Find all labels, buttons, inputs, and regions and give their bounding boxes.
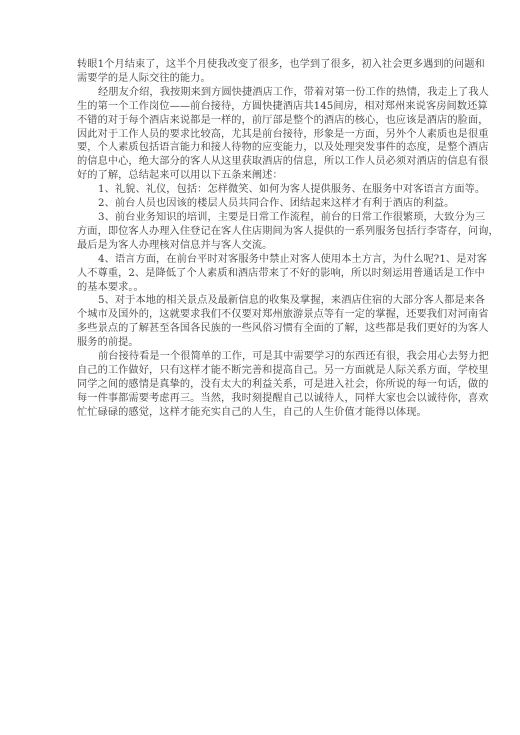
text-line: 转眼1个月结束了，这半个月使我改变了很多，也学到了很多，初入社会更多遇到的问题和 (77, 58, 445, 72)
text-line: 多些景点的了解甚至各国各民族的一些风俗习惯有全面的了解，这些都是我们更好的为客人 (77, 322, 445, 336)
text-line: 个城市及国外的，这就要求我们不仅要对郑州旅游景点等有一定的掌握，还要我们对河南省 (77, 308, 445, 322)
paragraph-start-line: 经朋友介绍，我按期来到方圆快捷酒店工作，带着对第一份工作的热情，我走上了我人 (77, 86, 445, 100)
document-body: 转眼1个月结束了，这半个月使我改变了很多，也学到了很多，初入社会更多遇到的问题和… (77, 58, 445, 420)
text-line: 最后是为客人办理核对信息并与客人交流。 (77, 239, 445, 253)
text-line: 因此对于工作人员的要求比较高，尤其是前台接待，形象是一方面，另外个人素质也是很重 (77, 128, 445, 142)
text-line: 的基本要求。。 (77, 281, 445, 295)
list-item-1: 1、礼貌、礼仪，包括：怎样微笑、如何为客人提供服务、在服务中对客语言方面等。 (77, 183, 445, 197)
text-line: 忙忙碌碌的感觉，这样才能充实自己的人生，自己的人生价值才能得以体现。 (77, 406, 445, 420)
list-item-5: 5、对于本地的相关景点及最新信息的收集及掌握，来酒店住宿的大部分客人都是来各 (77, 294, 445, 308)
text-line: 不错的对于每个酒店来说都是一样的，前厅部是整个的酒店的核心，也应该是酒店的脸面， (77, 114, 445, 128)
list-item-2: 2、前台人员也因该的楼层人员共同合作、团结起来这样才有利于酒店的利益。 (77, 197, 445, 211)
text-line: 方面，即位客人办理入住登记在客人住店期间为客人提供的一系列服务包括行李寄存，问询… (77, 225, 445, 239)
text-line: 每一件事都需要考虑再三。当然，我时刻提醒自己以诚待人，同样大家也会以诚待你，喜欢 (77, 392, 445, 406)
text-line: 同学之间的感情是真挚的，没有太大的利益关系，可是进入社会，你所说的每一句话，做的 (77, 378, 445, 392)
text-line: 的信息中心，绝大部分的客人从这里获取酒店的信息，所以工作人员必须对酒店的信息有很 (77, 155, 445, 169)
text-line: 需要学的是人际交往的能力。 (77, 72, 445, 86)
paragraph-start-line: 前台接待看是一个很简单的工作，可是其中需要学习的东西还有很，我会用心去努力把 (77, 350, 445, 364)
list-item-3: 3、前台业务知识的培训，主要是日常工作流程，前台的日常工作很繁琐，大致分为三 (77, 211, 445, 225)
text-line: 生的第一个工作岗位——前台接待，方圆快捷酒店共145间房，相对郑州来说客房间数还… (77, 100, 445, 114)
text-line: 自己的工作做好，只有这样才能不断完善和提高自己。另一方面就是人际关系方面，学校里 (77, 364, 445, 378)
text-line: 好的了解，总结起来可以用以下五条来阐述： (77, 169, 445, 183)
text-line: 要，个人素质包括语言能力和接人待物的应变能力，以及处理突发事件的态度，是整个酒店 (77, 141, 445, 155)
text-line: 服务的前提。 (77, 336, 445, 350)
list-item-4: 4、语言方面，在前台平时对客服务中禁止对客人使用本土方言，为什么呢?1、是对客 (77, 253, 445, 267)
text-line: 人不尊重，2、是降低了个人素质和酒店带来了不好的影响，所以时刻运用普通话是工作中 (77, 267, 445, 281)
